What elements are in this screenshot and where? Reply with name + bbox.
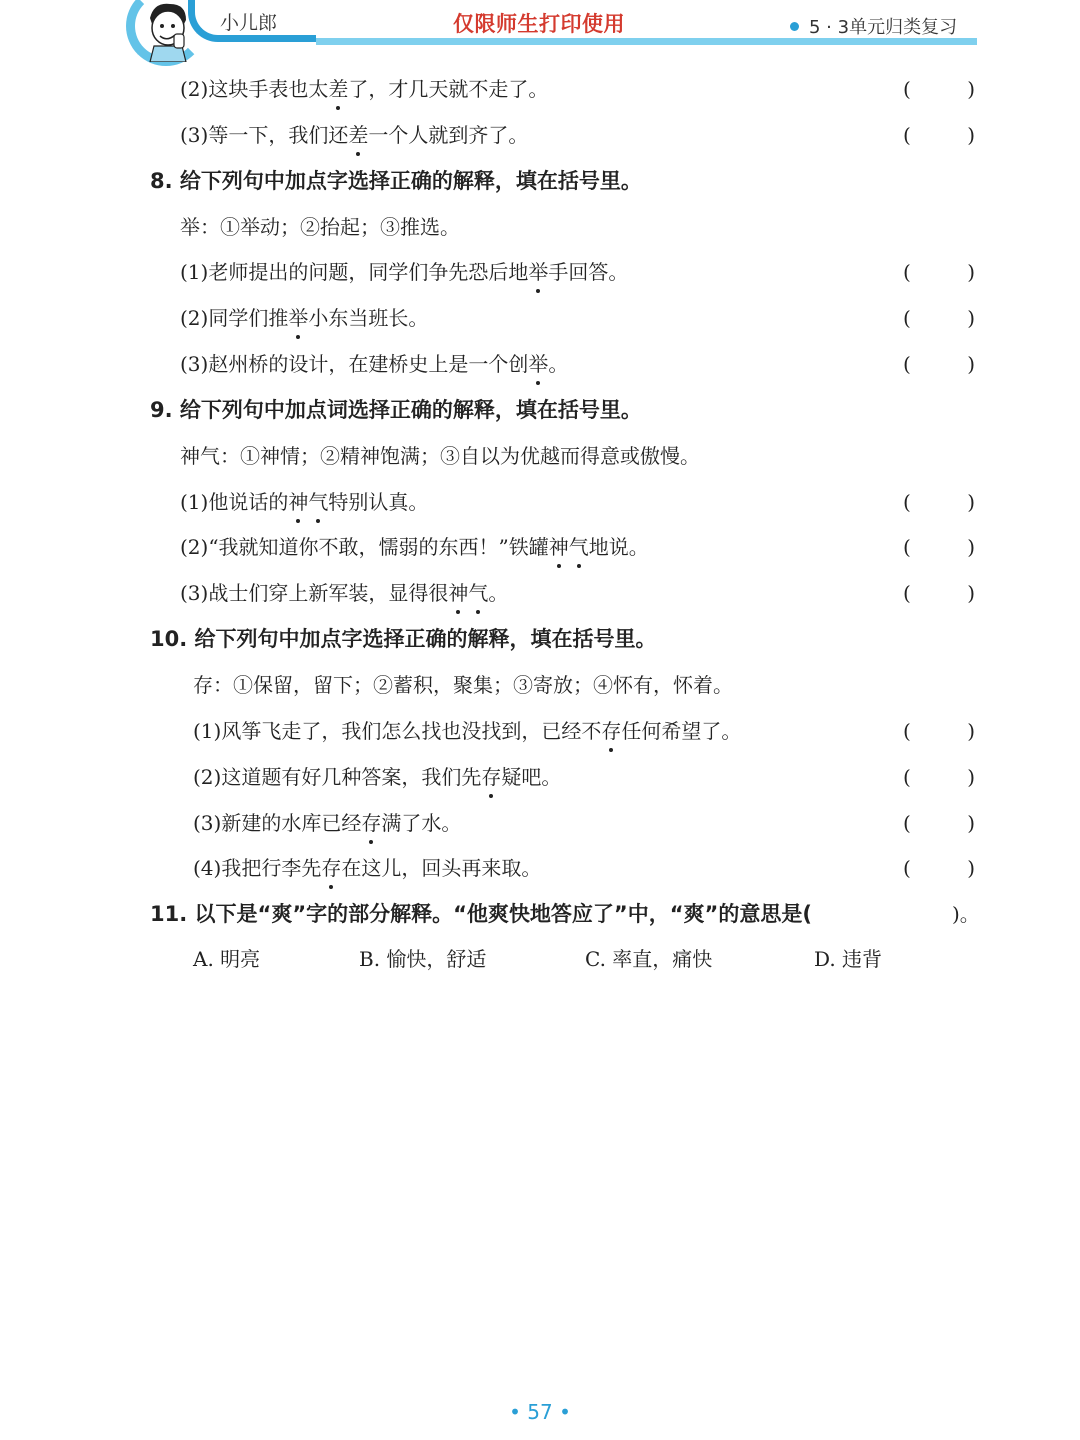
paren-close: ) xyxy=(967,853,975,883)
answer-blank[interactable]: () xyxy=(903,853,975,883)
dotted-char: 举 xyxy=(528,349,548,379)
q8-item-3: (3)赵州桥的设计，在建桥史上是一个创举。 xyxy=(180,349,568,379)
answer-blank[interactable]: () xyxy=(903,74,975,104)
page-number: • 57 • xyxy=(0,1400,1080,1424)
item-text: (2)这块手表也太 xyxy=(180,77,328,101)
choice-b[interactable]: B. 愉快，舒适 xyxy=(359,944,486,974)
q9-item-1: (1)他说话的神气特别认真。 xyxy=(180,487,428,517)
answer-blank[interactable]: () xyxy=(903,716,975,746)
answer-blank[interactable]: () xyxy=(903,303,975,333)
choice-a[interactable]: A. 明亮 xyxy=(193,944,260,974)
q7-item-2: (2)这块手表也太差了，才几天就不走了。 xyxy=(180,74,548,104)
q10-item-2: (2)这道题有好几种答案，我们先存疑吧。 xyxy=(193,762,561,792)
item-text: 地说。 xyxy=(589,535,649,559)
choice-d[interactable]: D. 违背 xyxy=(814,944,882,974)
paren-close: ) xyxy=(967,578,975,608)
paren-open: ( xyxy=(903,716,911,746)
answer-blank[interactable]: () xyxy=(903,120,975,150)
paren-close: ) xyxy=(967,74,975,104)
paren-close: ) xyxy=(967,257,975,287)
paren-open: ( xyxy=(903,120,911,150)
item-text: 。 xyxy=(488,581,508,605)
paren-open: ( xyxy=(903,487,911,517)
q9-definition: 神气：①神情；②精神饱满；③自以为优越而得意或傲慢。 xyxy=(180,441,700,471)
answer-blank[interactable]: () xyxy=(903,349,975,379)
dotted-char: 差 xyxy=(348,120,368,150)
q11-answer-blank-end[interactable]: )。 xyxy=(952,899,980,929)
dotted-char: 气 xyxy=(308,487,328,517)
item-text: (2)“我就知道你不敢，懦弱的东西！”铁罐 xyxy=(180,535,549,559)
item-text: 满了水。 xyxy=(381,811,461,835)
item-text: 在这儿，回头再来取。 xyxy=(341,856,541,880)
q9-title: 9. 给下列句中加点词选择正确的解释，填在括号里。 xyxy=(150,395,642,425)
header-bar xyxy=(220,35,316,42)
item-text: 任何希望了。 xyxy=(621,719,741,743)
item-text: (3)赵州桥的设计，在建桥史上是一个创 xyxy=(180,352,528,376)
paren-close: ) xyxy=(967,762,975,792)
q10-item-1: (1)风筝飞走了，我们怎么找也没找到，已经不存任何希望了。 xyxy=(193,716,741,746)
q10-title: 10. 给下列句中加点字选择正确的解释，填在括号里。 xyxy=(150,624,657,654)
choice-c[interactable]: C. 率直，痛快 xyxy=(585,944,712,974)
item-text: (2)同学们推 xyxy=(180,306,288,330)
answer-blank[interactable]: () xyxy=(903,487,975,517)
print-watermark: 仅限师生打印使用 xyxy=(453,8,625,38)
bullet-dot-icon xyxy=(790,22,799,31)
q10-item-3: (3)新建的水库已经存满了水。 xyxy=(193,808,461,838)
q11-number-text: 11. 以下是“爽”字的部分解释。“他爽快地答应了”中，“爽”的意思是( xyxy=(150,902,812,926)
answer-blank[interactable]: () xyxy=(903,808,975,838)
dotted-char: 存 xyxy=(321,853,341,883)
dotted-char: 存 xyxy=(481,762,501,792)
q9-item-2: (2)“我就知道你不敢，懦弱的东西！”铁罐神气地说。 xyxy=(180,532,649,562)
q11-title: 11. 以下是“爽”字的部分解释。“他爽快地答应了”中，“爽”的意思是( xyxy=(150,899,812,929)
paren-close: ) xyxy=(967,808,975,838)
item-text: 小东当班长。 xyxy=(308,306,428,330)
paren-close: ) xyxy=(967,349,975,379)
page-header: 小儿郎 仅限师生打印使用 5 · 3单元归类复习 xyxy=(0,0,1080,70)
paren-close: ) xyxy=(967,120,975,150)
brand-name: 小儿郎 xyxy=(220,8,277,35)
section-title: 5 · 3单元归类复习 xyxy=(809,13,957,39)
answer-blank[interactable]: () xyxy=(903,257,975,287)
paren-open: ( xyxy=(903,808,911,838)
paren-close: ) xyxy=(967,487,975,517)
item-text: (4)我把行李先 xyxy=(193,856,321,880)
item-text: 了，才几天就不走了。 xyxy=(348,77,548,101)
paren-close: ) xyxy=(967,532,975,562)
answer-blank[interactable]: () xyxy=(903,578,975,608)
paren-open: ( xyxy=(903,762,911,792)
dotted-char: 神 xyxy=(448,578,468,608)
item-text: (3)战士们穿上新军装，显得很 xyxy=(180,581,448,605)
q10-definition: 存：①保留，留下；②蓄积，聚集；③寄放；④怀有，怀着。 xyxy=(193,670,733,700)
section-label: 5 · 3单元归类复习 xyxy=(790,13,957,39)
paren-open: ( xyxy=(903,74,911,104)
q8-item-1: (1)老师提出的问题，同学们争先恐后地举手回答。 xyxy=(180,257,628,287)
item-text: (1)风筝飞走了，我们怎么找也没找到，已经不 xyxy=(193,719,601,743)
paren-open: ( xyxy=(903,532,911,562)
dotted-char: 举 xyxy=(288,303,308,333)
dotted-char: 气 xyxy=(569,532,589,562)
q8-title: 8. 给下列句中加点字选择正确的解释，填在括号里。 xyxy=(150,166,642,196)
paren-open: ( xyxy=(903,578,911,608)
paren-open: ( xyxy=(903,853,911,883)
paren-open: ( xyxy=(903,303,911,333)
item-text: 一个人就到齐了。 xyxy=(368,123,528,147)
dotted-char: 气 xyxy=(468,578,488,608)
q10-item-4: (4)我把行李先存在这儿，回头再来取。 xyxy=(193,853,541,883)
paren-close: ) xyxy=(967,716,975,746)
answer-blank[interactable]: () xyxy=(903,532,975,562)
paren-open: ( xyxy=(903,349,911,379)
q8-definition: 举：①举动；②抬起；③推选。 xyxy=(180,212,460,242)
dotted-char: 存 xyxy=(601,716,621,746)
item-text: (2)这道题有好几种答案，我们先 xyxy=(193,765,481,789)
paren-open: ( xyxy=(903,257,911,287)
paren-close: ) xyxy=(967,303,975,333)
answer-blank[interactable]: () xyxy=(903,762,975,792)
item-text: (1)他说话的 xyxy=(180,490,288,514)
item-text: 手回答。 xyxy=(548,260,628,284)
item-text: 疑吧。 xyxy=(501,765,561,789)
q7-item-3: (3)等一下，我们还差一个人就到齐了。 xyxy=(180,120,528,150)
header-bar-light xyxy=(316,38,977,45)
dotted-char: 差 xyxy=(328,74,348,104)
dotted-char: 神 xyxy=(549,532,569,562)
item-text: 特别认真。 xyxy=(328,490,428,514)
item-text: (3)等一下，我们还 xyxy=(180,123,348,147)
q8-item-2: (2)同学们推举小东当班长。 xyxy=(180,303,428,333)
dotted-char: 存 xyxy=(361,808,381,838)
dotted-char: 举 xyxy=(528,257,548,287)
item-text: (1)老师提出的问题，同学们争先恐后地 xyxy=(180,260,528,284)
item-text: (3)新建的水库已经 xyxy=(193,811,361,835)
item-text: 。 xyxy=(548,352,568,376)
dotted-char: 神 xyxy=(288,487,308,517)
q9-item-3: (3)战士们穿上新军装，显得很神气。 xyxy=(180,578,508,608)
